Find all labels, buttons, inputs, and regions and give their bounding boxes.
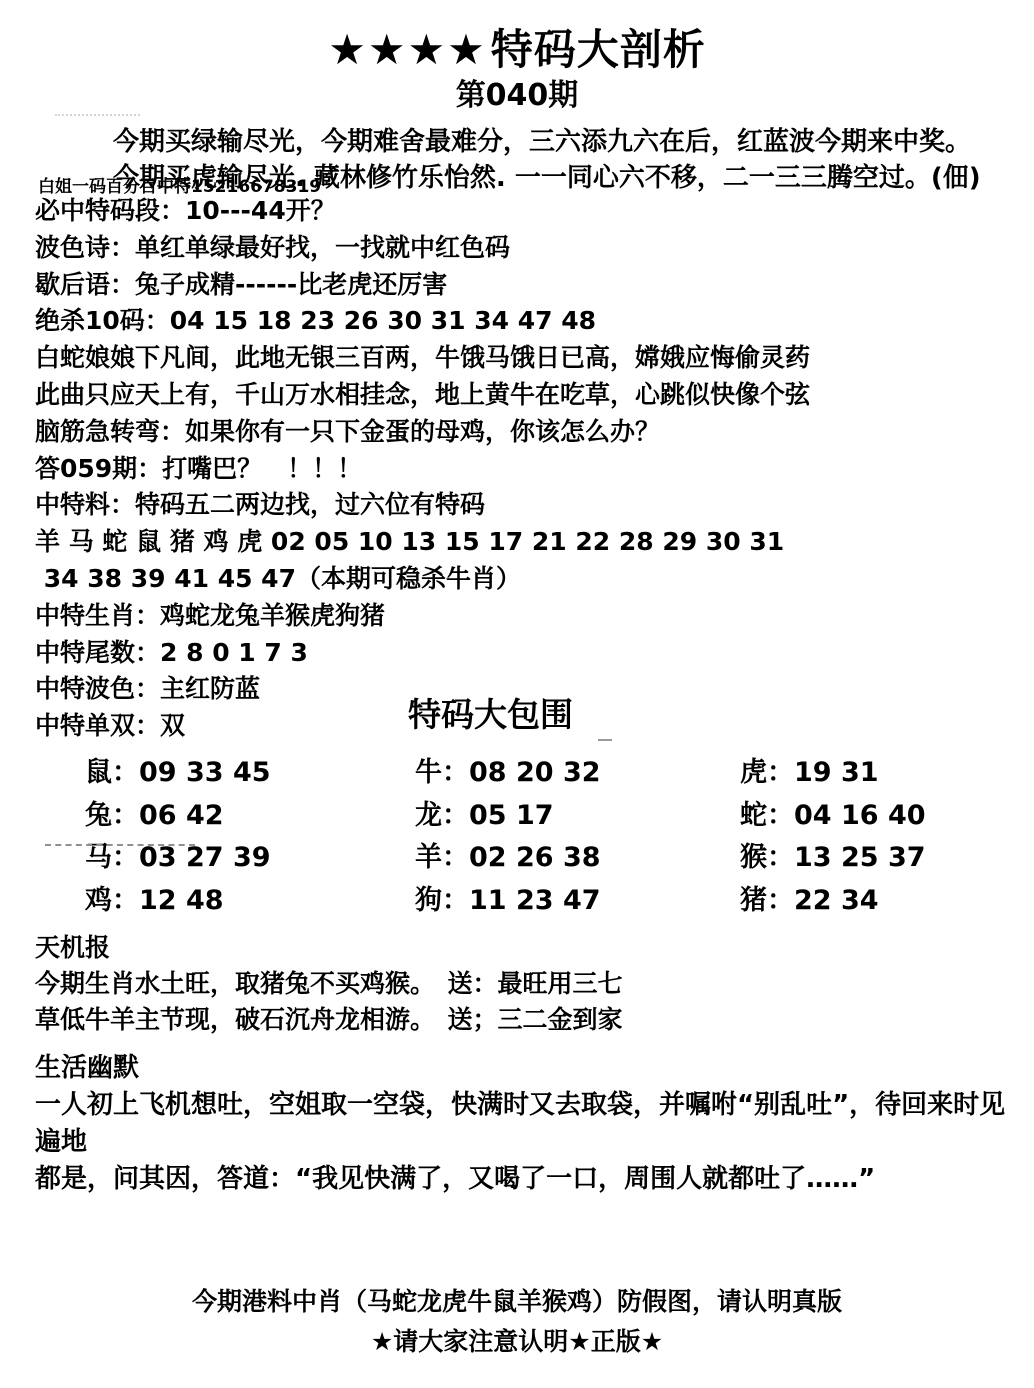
- surround-section-title: 特码大包围: [408, 695, 573, 735]
- colon: ：: [442, 842, 469, 873]
- humor-section: 生活幽默 一人初上飞机想吐，空姐取一空袋，快满时又去取袋，并嘱咐“别乱吐”，待回…: [35, 1050, 1026, 1198]
- tip-line-riddle: 脑筋急转弯：如果你有一只下金蛋的母鸡，你该怎么办？: [35, 414, 1026, 451]
- colon: ：: [767, 757, 794, 788]
- poem-line: 今期买绿输尽光，今期难舍最难分，三六添九六在后，红蓝波今期来中奖。: [113, 124, 1014, 160]
- tip-line-verse-1: 白蛇娘娘下凡间，此地无银三百两，牛饿马饿日已高，嫦娥应悔偷灵药: [35, 340, 1026, 377]
- animal-label: 狗: [415, 885, 442, 916]
- animal-numbers: 04 16 40: [794, 800, 926, 831]
- footer-genuine-note: ★请大家注意认明★正版★: [0, 1322, 1034, 1362]
- footer-authenticity-note: 今期港料中肖（马蛇龙虎牛鼠羊猴鸡）防假图，请认明真版: [0, 1282, 1034, 1322]
- footer: 今期港料中肖（马蛇龙虎牛鼠羊猴鸡）防假图，请认明真版 ★请大家注意认明★正版★: [0, 1282, 1034, 1362]
- colon: ：: [112, 885, 139, 916]
- grid-cell-monkey: 猴：13 25 37: [740, 837, 985, 880]
- colon: ：: [767, 885, 794, 916]
- tip-line-xiehouyu: 歇后语：兔子成精------比老虎还厉害: [35, 267, 1026, 304]
- animal-label: 牛: [415, 757, 442, 788]
- grid-cell-rooster: 鸡：12 48: [85, 880, 415, 923]
- grid-cell-snake: 蛇：04 16 40: [740, 795, 985, 838]
- animal-numbers: 03 27 39: [139, 842, 271, 873]
- colon: ：: [112, 842, 139, 873]
- zodiac-number-grid: 鼠：09 33 45 牛：08 20 32 虎：19 31 兔：06 42 龙：…: [85, 752, 985, 922]
- lottery-tip-sheet: ★★★★特码大剖析 第040期 今期买绿输尽光，今期难舍最难分，三六添九六在后，…: [0, 0, 1034, 1388]
- tip-line-verse-2: 此曲只应天上有，千山万水相挂念，地上黄牛在吃草，心跳似快像个弦: [35, 377, 1026, 414]
- tip-line-zodiac: 中特生肖：鸡蛇龙兔羊猴虎狗猪: [35, 598, 1026, 635]
- colon: ：: [112, 800, 139, 831]
- grid-cell-dog: 狗：11 23 47: [415, 880, 740, 923]
- grid-cell-goat: 羊：02 26 38: [415, 837, 740, 880]
- grid-cell-ox: 牛：08 20 32: [415, 752, 740, 795]
- scan-artifact: [45, 844, 195, 846]
- colon: ：: [767, 800, 794, 831]
- grid-cell-rabbit: 兔：06 42: [85, 795, 415, 838]
- tip-line-numbers-continued: 34 38 39 41 45 47（本期可稳杀牛肖）: [35, 561, 1026, 598]
- humor-line: 都是，问其因，答道：“我见快满了，又喝了一口，周围人就都吐了……”: [35, 1161, 1026, 1198]
- colon: ：: [767, 842, 794, 873]
- animal-numbers: 11 23 47: [469, 885, 601, 916]
- tip-line-animals-numbers: 羊 马 蛇 鼠 猪 鸡 虎 02 05 10 13 15 17 21 22 28…: [35, 524, 1026, 561]
- grid-cell-pig: 猪：22 34: [740, 880, 985, 923]
- scan-artifact: [598, 739, 612, 741]
- animal-numbers: 09 33 45: [139, 757, 271, 788]
- grid-cell-rat: 鼠：09 33 45: [85, 752, 415, 795]
- animal-numbers: 22 34: [794, 885, 879, 916]
- page-title: ★★★★特码大剖析: [0, 26, 1034, 74]
- tianji-line: 今期生肖水土旺，取猪兔不买鸡猴。 送：最旺用三七: [35, 966, 1026, 1002]
- tip-line-code-range: 必中特码段：10---44开？: [35, 193, 1026, 230]
- scan-artifact: [55, 114, 140, 116]
- animal-numbers: 19 31: [794, 757, 879, 788]
- tips-list: 必中特码段：10---44开？ 波色诗：单红单绿最好找，一找就中红色码 歇后语：…: [35, 193, 1026, 745]
- colon: ：: [442, 757, 469, 788]
- issue-number: 第040期: [0, 78, 1034, 114]
- animal-numbers: 12 48: [139, 885, 224, 916]
- animal-label: 羊: [415, 842, 442, 873]
- humor-line: 一人初上飞机想吐，空姐取一空袋，快满时又去取袋，并嘱咐“别乱吐”，待回来时见遍地: [35, 1087, 1026, 1161]
- grid-cell-dragon: 龙：05 17: [415, 795, 740, 838]
- animal-numbers: 02 26 38: [469, 842, 601, 873]
- animal-label: 龙: [415, 800, 442, 831]
- animal-numbers: 08 20 32: [469, 757, 601, 788]
- tip-line-color-poem: 波色诗：单红单绿最好找，一找就中红色码: [35, 230, 1026, 267]
- tip-line-kill-10-codes: 绝杀10码：04 15 18 23 26 30 31 34 47 48: [35, 303, 1026, 340]
- tip-line-special-hint: 中特料：特码五二两边找，过六位有特码: [35, 487, 1026, 524]
- animal-label: 猪: [740, 885, 767, 916]
- tip-line-riddle-answer: 答059期：打嘴巴？ ！！！: [35, 451, 1026, 488]
- header: ★★★★特码大剖析 第040期: [0, 26, 1034, 114]
- animal-numbers: 05 17: [469, 800, 554, 831]
- colon: ：: [442, 800, 469, 831]
- tianji-title: 天机报: [35, 930, 1026, 966]
- animal-label: 虎: [740, 757, 767, 788]
- animal-label: 鸡: [85, 885, 112, 916]
- colon: ：: [442, 885, 469, 916]
- animal-label: 马: [85, 842, 112, 873]
- colon: ：: [112, 757, 139, 788]
- animal-label: 鼠: [85, 757, 112, 788]
- animal-label: 兔: [85, 800, 112, 831]
- tip-line-tail-digits: 中特尾数：2 8 0 1 7 3: [35, 635, 1026, 672]
- page-title-text: 特码大剖析: [491, 25, 706, 74]
- animal-label: 猴: [740, 842, 767, 873]
- humor-title: 生活幽默: [35, 1050, 1026, 1087]
- animal-numbers: 06 42: [139, 800, 224, 831]
- tianji-section: 天机报 今期生肖水土旺，取猪兔不买鸡猴。 送：最旺用三七 草低牛羊主节现，破石沉…: [35, 930, 1026, 1038]
- animal-label: 蛇: [740, 800, 767, 831]
- grid-cell-tiger: 虎：19 31: [740, 752, 985, 795]
- star-rating-icon: ★★★★: [328, 25, 487, 74]
- animal-numbers: 13 25 37: [794, 842, 926, 873]
- tianji-line: 草低牛羊主节现，破石沉舟龙相游。 送；三二金到家: [35, 1002, 1026, 1038]
